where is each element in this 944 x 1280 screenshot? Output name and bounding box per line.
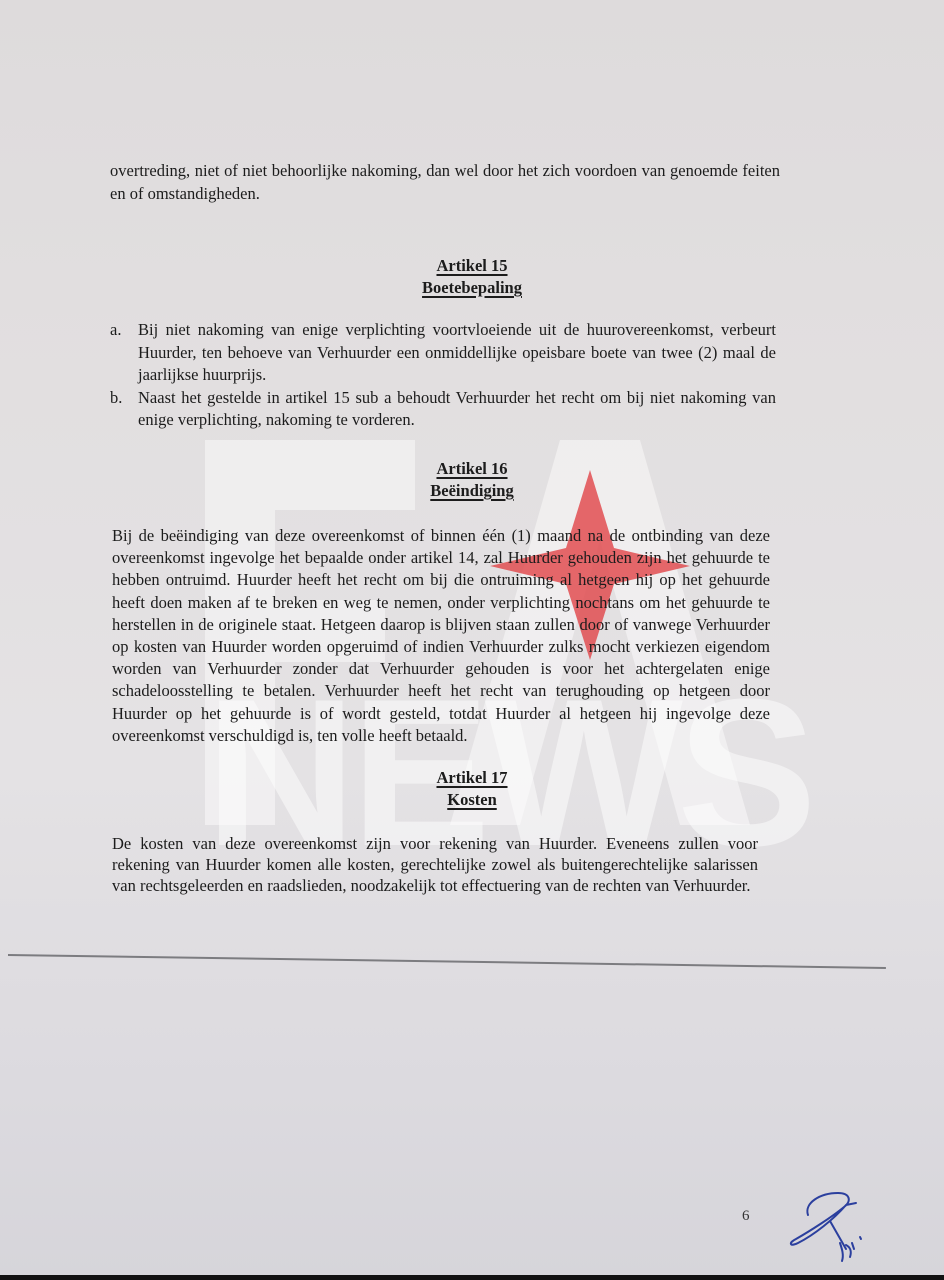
article-15-number: Artikel 15 <box>436 256 507 275</box>
article-16-body: Bij de beëindiging van deze overeenkomst… <box>112 525 770 747</box>
article-17-heading: Artikel 17 <box>0 767 944 789</box>
article-16-title-text: Beëindiging <box>430 481 513 500</box>
article-15-heading: Artikel 15 <box>0 255 944 277</box>
article-16-heading: Artikel 16 <box>0 458 944 480</box>
list-marker: b. <box>110 387 138 432</box>
list-item: b. Naast het gestelde in artikel 15 sub … <box>110 387 776 432</box>
list-item-text: Bij niet nakoming van enige verplichting… <box>138 319 776 387</box>
article-15-list: a. Bij niet nakoming van enige verplicht… <box>110 319 776 432</box>
list-marker: a. <box>110 319 138 387</box>
page-bottom-edge <box>0 1275 944 1280</box>
article-15-title: Boetebepaling <box>0 277 944 299</box>
article-17-number: Artikel 17 <box>436 768 507 787</box>
intro-paragraph: overtreding, niet of niet behoorlijke na… <box>110 160 780 205</box>
footer-divider <box>8 954 886 969</box>
article-17-title: Kosten <box>0 789 944 811</box>
page-number: 6 <box>742 1208 750 1225</box>
article-16-number: Artikel 16 <box>436 459 507 478</box>
article-16-title: Beëindiging <box>0 480 944 502</box>
list-item: a. Bij niet nakoming van enige verplicht… <box>110 319 776 387</box>
article-15-title-text: Boetebepaling <box>422 278 522 297</box>
signature-icon <box>780 1185 890 1270</box>
document-page: NEWS overtreding, niet of niet behoorlij… <box>0 0 944 1280</box>
list-item-text: Naast het gestelde in artikel 15 sub a b… <box>138 387 776 432</box>
article-17-body: De kosten van deze overeenkomst zijn voo… <box>112 833 758 896</box>
article-17-title-text: Kosten <box>447 790 497 809</box>
